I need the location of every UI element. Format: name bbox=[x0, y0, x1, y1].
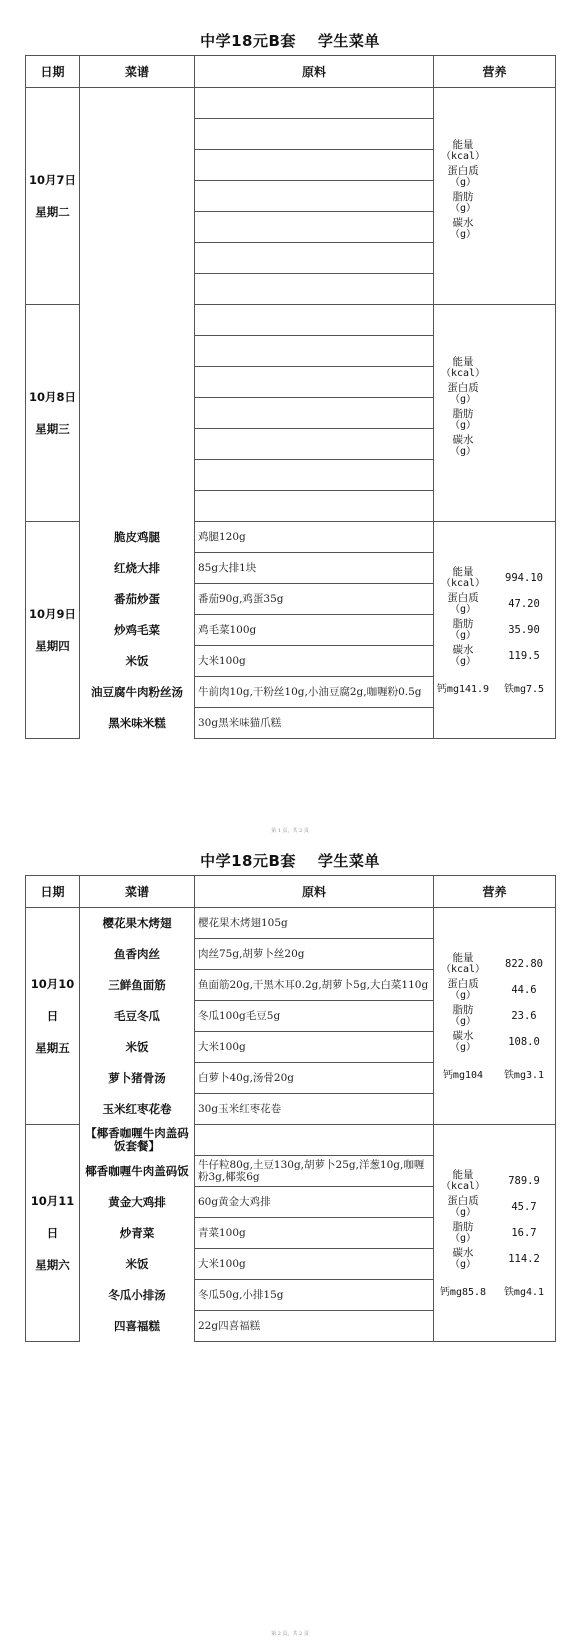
title-left: 中学18元B套 bbox=[200, 852, 296, 870]
fat-label-text: 脂肪 bbox=[434, 618, 492, 630]
ingredients bbox=[195, 88, 434, 119]
nutrition-grid: 能量（kcal） 蛋白质（g） 脂肪（g） 碳水（g） bbox=[434, 356, 555, 470]
page-title: 中学18元B套学生菜单 bbox=[0, 850, 580, 871]
ingredients: 冬瓜50g,小排15g bbox=[195, 1280, 434, 1311]
weekday-label: 星期二 bbox=[26, 196, 79, 228]
fat-unit: （g） bbox=[434, 1233, 492, 1245]
title-right: 学生菜单 bbox=[318, 32, 380, 50]
dish-name: 萝卜猪骨汤 bbox=[80, 1063, 195, 1094]
iron-value: 铁mg4.1 bbox=[492, 1273, 556, 1298]
nutrition-cell: 能量（kcal） 789.9 蛋白质（g） 45.7 脂肪（g） 16.7 碳水… bbox=[434, 1125, 556, 1342]
protein-label-text: 蛋白质 bbox=[434, 165, 492, 177]
energy-unit: （kcal） bbox=[434, 151, 492, 163]
ingredients: 青菜100g bbox=[195, 1218, 434, 1249]
carbs-value: 119.5 bbox=[492, 650, 556, 662]
dish-name: 脆皮鸡腿 bbox=[80, 522, 195, 553]
day-block: 10月7日 星期二 能量（kcal） 蛋白质（g） 脂肪（g） 碳水（g） bbox=[26, 88, 556, 305]
ingredients bbox=[195, 150, 434, 181]
header-ingredients: 原料 bbox=[195, 876, 434, 908]
fat-unit: （g） bbox=[434, 203, 492, 215]
title-left: 中学18元B套 bbox=[200, 32, 296, 50]
table-header-row: 日期 菜谱 原料 营养 bbox=[26, 876, 556, 908]
fat-label: 脂肪（g） bbox=[434, 191, 492, 215]
ingredients: 冬瓜100g毛豆5g bbox=[195, 1001, 434, 1032]
fat-label: 脂肪（g） bbox=[434, 618, 492, 642]
fat-value: 16.7 bbox=[492, 1227, 556, 1239]
ingredients bbox=[195, 305, 434, 336]
fat-label-text: 脂肪 bbox=[434, 1221, 492, 1233]
dish-name bbox=[80, 119, 195, 150]
ingredients: 樱花果木烤翅105g bbox=[195, 908, 434, 939]
protein-value: 45.7 bbox=[492, 1201, 556, 1213]
nutrition-cell: 能量（kcal） 994.10 蛋白质（g） 47.20 脂肪（g） 35.90… bbox=[434, 522, 556, 739]
energy-value: 994.10 bbox=[492, 572, 556, 584]
menu-table: 日期 菜谱 原料 营养 10月7日 星期二 能量（kcal） 蛋白质（g） 脂肪… bbox=[25, 55, 556, 739]
energy-label: 能量（kcal） bbox=[434, 356, 492, 380]
dish-name bbox=[80, 398, 195, 429]
page-footer: 第 1 页，共 2 页 bbox=[0, 827, 580, 834]
carbs-label-text: 碳水 bbox=[434, 644, 492, 656]
title-right: 学生菜单 bbox=[318, 852, 380, 870]
date-label: 10月7日 bbox=[26, 164, 79, 196]
date-cell: 10月11日 星期六 bbox=[26, 1125, 80, 1342]
ingredients bbox=[195, 243, 434, 274]
carbs-unit: （g） bbox=[434, 229, 492, 241]
day-block: 10月11日 星期六 【椰香咖喱牛肉盖码饭套餐】 能量（kcal） 789.9 … bbox=[26, 1125, 556, 1342]
dish-name: 【椰香咖喱牛肉盖码饭套餐】 bbox=[80, 1125, 195, 1156]
protein-label-text: 蛋白质 bbox=[434, 382, 492, 394]
protein-label-text: 蛋白质 bbox=[434, 592, 492, 604]
dish-name: 番茄炒蛋 bbox=[80, 584, 195, 615]
carbs-label-text: 碳水 bbox=[434, 1030, 492, 1042]
ingredients bbox=[195, 181, 434, 212]
iron-value: 铁mg3.1 bbox=[492, 1056, 556, 1081]
ingredients bbox=[195, 460, 434, 491]
header-date: 日期 bbox=[26, 876, 80, 908]
protein-unit: （g） bbox=[434, 1207, 492, 1219]
fat-unit: （g） bbox=[434, 1016, 492, 1028]
ingredients: 大米100g bbox=[195, 1249, 434, 1280]
weekday-label: 星期四 bbox=[26, 630, 79, 662]
table-row: 10月11日 星期六 【椰香咖喱牛肉盖码饭套餐】 能量（kcal） 789.9 … bbox=[26, 1125, 556, 1156]
ingredients bbox=[195, 336, 434, 367]
calcium-value: 钙mg85.8 bbox=[434, 1273, 492, 1298]
carbs-unit: （g） bbox=[434, 1042, 492, 1054]
dish-name: 米饭 bbox=[80, 646, 195, 677]
dish-name bbox=[80, 212, 195, 243]
date-label: 10月8日 bbox=[26, 381, 79, 413]
ingredients: 60g黄金大鸡排 bbox=[195, 1187, 434, 1218]
dish-name bbox=[80, 181, 195, 212]
ingredients: 肉丝75g,胡萝卜丝20g bbox=[195, 939, 434, 970]
iron-value: 铁mg7.5 bbox=[492, 670, 556, 695]
header-nutrition: 营养 bbox=[434, 876, 556, 908]
dish-name bbox=[80, 274, 195, 305]
weekday-label: 星期六 bbox=[26, 1249, 79, 1281]
dish-name: 三鲜鱼面筋 bbox=[80, 970, 195, 1001]
dish-name bbox=[80, 305, 195, 336]
dish-name bbox=[80, 367, 195, 398]
ingredients: 大米100g bbox=[195, 1032, 434, 1063]
date-label: 10月9日 bbox=[26, 598, 79, 630]
carbs-unit: （g） bbox=[434, 446, 492, 458]
dish-name: 黑米味米糕 bbox=[80, 708, 195, 739]
ingredients: 鱼面筋20g,干黑木耳0.2g,胡萝卜5g,大白菜110g bbox=[195, 970, 434, 1001]
ingredients bbox=[195, 367, 434, 398]
protein-unit: （g） bbox=[434, 990, 492, 1002]
dish-name: 四喜福糕 bbox=[80, 1311, 195, 1342]
protein-value: 44.6 bbox=[492, 984, 556, 996]
protein-label: 蛋白质（g） bbox=[434, 1195, 492, 1219]
dish-name: 炒鸡毛菜 bbox=[80, 615, 195, 646]
date-cell: 10月8日 星期三 bbox=[26, 305, 80, 522]
day-block: 10月9日 星期四 脆皮鸡腿 鸡腿120g 能量（kcal） 994.10 蛋白… bbox=[26, 522, 556, 739]
fat-value: 35.90 bbox=[492, 624, 556, 636]
header-nutrition: 营养 bbox=[434, 56, 556, 88]
carbs-unit: （g） bbox=[434, 1259, 492, 1271]
carbs-value: 114.2 bbox=[492, 1253, 556, 1265]
energy-label-text: 能量 bbox=[434, 139, 492, 151]
dish-name: 樱花果木烤翅 bbox=[80, 908, 195, 939]
ingredients bbox=[195, 274, 434, 305]
protein-unit: （g） bbox=[434, 394, 492, 406]
ingredients: 牛仔粒80g,土豆130g,胡萝卜25g,洋葱10g,咖喱粉3g,椰浆6g bbox=[195, 1156, 434, 1187]
fat-label: 脂肪（g） bbox=[434, 1221, 492, 1245]
fat-label: 脂肪（g） bbox=[434, 408, 492, 432]
date-cell: 10月7日 星期二 bbox=[26, 88, 80, 305]
ingredients bbox=[195, 429, 434, 460]
nutrition-grid: 能量（kcal） 994.10 蛋白质（g） 47.20 脂肪（g） 35.90… bbox=[434, 566, 555, 695]
ingredients bbox=[195, 119, 434, 150]
dish-name: 椰香咖喱牛肉盖码饭 bbox=[80, 1156, 195, 1187]
ingredients: 牛前肉10g,干粉丝10g,小油豆腐2g,咖喱粉0.5g bbox=[195, 677, 434, 708]
protein-label: 蛋白质（g） bbox=[434, 592, 492, 616]
energy-unit: （kcal） bbox=[434, 578, 492, 590]
nutrition-cell: 能量（kcal） 822.80 蛋白质（g） 44.6 脂肪（g） 23.6 碳… bbox=[434, 908, 556, 1125]
ingredients bbox=[195, 398, 434, 429]
ingredients: 白萝卜40g,汤骨20g bbox=[195, 1063, 434, 1094]
ingredients: 大米100g bbox=[195, 646, 434, 677]
ingredients: 鸡毛菜100g bbox=[195, 615, 434, 646]
page-title: 中学18元B套学生菜单 bbox=[0, 30, 580, 51]
ingredients bbox=[195, 1125, 434, 1156]
dish-name bbox=[80, 150, 195, 181]
fat-unit: （g） bbox=[434, 630, 492, 642]
energy-label-text: 能量 bbox=[434, 566, 492, 578]
nutrition-cell: 能量（kcal） 蛋白质（g） 脂肪（g） 碳水（g） bbox=[434, 305, 556, 522]
dish-name: 米饭 bbox=[80, 1249, 195, 1280]
dish-name: 鱼香肉丝 bbox=[80, 939, 195, 970]
carbs-label-text: 碳水 bbox=[434, 434, 492, 446]
page-footer: 第 2 页，共 2 页 bbox=[0, 1630, 580, 1637]
dish-name: 毛豆冬瓜 bbox=[80, 1001, 195, 1032]
ingredients bbox=[195, 491, 434, 522]
dish-name: 冬瓜小排汤 bbox=[80, 1280, 195, 1311]
weekday-label: 星期五 bbox=[26, 1032, 79, 1064]
dish-name bbox=[80, 336, 195, 367]
fat-label-text: 脂肪 bbox=[434, 408, 492, 420]
dish-name bbox=[80, 491, 195, 522]
table-row: 10月10日 星期五 樱花果木烤翅 樱花果木烤翅105g 能量（kcal） 82… bbox=[26, 908, 556, 939]
protein-value: 47.20 bbox=[492, 598, 556, 610]
fat-label-text: 脂肪 bbox=[434, 191, 492, 203]
carbs-value: 108.0 bbox=[492, 1036, 556, 1048]
ingredients: 鸡腿120g bbox=[195, 522, 434, 553]
energy-value: 822.80 bbox=[492, 958, 556, 970]
weekday-label: 星期三 bbox=[26, 413, 79, 445]
header-ingredients: 原料 bbox=[195, 56, 434, 88]
protein-label: 蛋白质（g） bbox=[434, 165, 492, 189]
protein-label: 蛋白质（g） bbox=[434, 978, 492, 1002]
energy-label: 能量（kcal） bbox=[434, 566, 492, 590]
dish-name: 玉米红枣花卷 bbox=[80, 1094, 195, 1125]
day-block: 10月8日 星期三 能量（kcal） 蛋白质（g） 脂肪（g） 碳水（g） bbox=[26, 305, 556, 522]
date-label: 10月11日 bbox=[26, 1185, 79, 1249]
header-dish: 菜谱 bbox=[80, 876, 195, 908]
dish-name: 油豆腐牛肉粉丝汤 bbox=[80, 677, 195, 708]
energy-label: 能量（kcal） bbox=[434, 139, 492, 163]
ingredients: 番茄90g,鸡蛋35g bbox=[195, 584, 434, 615]
dish-name: 红烧大排 bbox=[80, 553, 195, 584]
energy-label-text: 能量 bbox=[434, 1169, 492, 1181]
dish-name: 黄金大鸡排 bbox=[80, 1187, 195, 1218]
header-date: 日期 bbox=[26, 56, 80, 88]
ingredients: 85g大排1块 bbox=[195, 553, 434, 584]
dish-name bbox=[80, 429, 195, 460]
fat-value: 23.6 bbox=[492, 1010, 556, 1022]
dish-name: 炒青菜 bbox=[80, 1218, 195, 1249]
ingredients: 30g黑米味猫爪糕 bbox=[195, 708, 434, 739]
table-row: 10月8日 星期三 能量（kcal） 蛋白质（g） 脂肪（g） 碳水（g） bbox=[26, 305, 556, 336]
carbs-label: 碳水（g） bbox=[434, 434, 492, 458]
calcium-value: 钙mg141.9 bbox=[434, 670, 492, 695]
ingredients: 22g四喜福糕 bbox=[195, 1311, 434, 1342]
calcium-value: 钙mg104 bbox=[434, 1056, 492, 1081]
ingredients: 30g玉米红枣花卷 bbox=[195, 1094, 434, 1125]
energy-label: 能量（kcal） bbox=[434, 1169, 492, 1193]
nutrition-grid: 能量（kcal） 822.80 蛋白质（g） 44.6 脂肪（g） 23.6 碳… bbox=[434, 952, 555, 1081]
day-block: 10月10日 星期五 樱花果木烤翅 樱花果木烤翅105g 能量（kcal） 82… bbox=[26, 908, 556, 1125]
carbs-label: 碳水（g） bbox=[434, 1247, 492, 1271]
nutrition-grid: 能量（kcal） 789.9 蛋白质（g） 45.7 脂肪（g） 16.7 碳水… bbox=[434, 1169, 555, 1298]
date-label: 10月10日 bbox=[26, 968, 79, 1032]
menu-table: 日期 菜谱 原料 营养 10月10日 星期五 樱花果木烤翅 樱花果木烤翅105g… bbox=[25, 875, 556, 1342]
date-cell: 10月9日 星期四 bbox=[26, 522, 80, 739]
fat-label: 脂肪（g） bbox=[434, 1004, 492, 1028]
dish-name bbox=[80, 243, 195, 274]
carbs-label-text: 碳水 bbox=[434, 217, 492, 229]
energy-unit: （kcal） bbox=[434, 964, 492, 976]
energy-value: 789.9 bbox=[492, 1175, 556, 1187]
table-row: 10月7日 星期二 能量（kcal） 蛋白质（g） 脂肪（g） 碳水（g） bbox=[26, 88, 556, 119]
fat-unit: （g） bbox=[434, 420, 492, 432]
carbs-label: 碳水（g） bbox=[434, 1030, 492, 1054]
carbs-label: 碳水（g） bbox=[434, 644, 492, 668]
fat-label-text: 脂肪 bbox=[434, 1004, 492, 1016]
carbs-label-text: 碳水 bbox=[434, 1247, 492, 1259]
energy-label-text: 能量 bbox=[434, 356, 492, 368]
table-row: 10月9日 星期四 脆皮鸡腿 鸡腿120g 能量（kcal） 994.10 蛋白… bbox=[26, 522, 556, 553]
protein-label-text: 蛋白质 bbox=[434, 978, 492, 990]
carbs-label: 碳水（g） bbox=[434, 217, 492, 241]
dish-name bbox=[80, 88, 195, 119]
header-dish: 菜谱 bbox=[80, 56, 195, 88]
date-cell: 10月10日 星期五 bbox=[26, 908, 80, 1125]
energy-label: 能量（kcal） bbox=[434, 952, 492, 976]
table-header-row: 日期 菜谱 原料 营养 bbox=[26, 56, 556, 88]
ingredients bbox=[195, 212, 434, 243]
protein-label: 蛋白质（g） bbox=[434, 382, 492, 406]
carbs-unit: （g） bbox=[434, 656, 492, 668]
nutrition-cell: 能量（kcal） 蛋白质（g） 脂肪（g） 碳水（g） bbox=[434, 88, 556, 305]
energy-unit: （kcal） bbox=[434, 368, 492, 380]
energy-label-text: 能量 bbox=[434, 952, 492, 964]
dish-name: 米饭 bbox=[80, 1032, 195, 1063]
dish-name bbox=[80, 460, 195, 491]
protein-unit: （g） bbox=[434, 177, 492, 189]
protein-unit: （g） bbox=[434, 604, 492, 616]
protein-label-text: 蛋白质 bbox=[434, 1195, 492, 1207]
nutrition-grid: 能量（kcal） 蛋白质（g） 脂肪（g） 碳水（g） bbox=[434, 139, 555, 253]
energy-unit: （kcal） bbox=[434, 1181, 492, 1193]
